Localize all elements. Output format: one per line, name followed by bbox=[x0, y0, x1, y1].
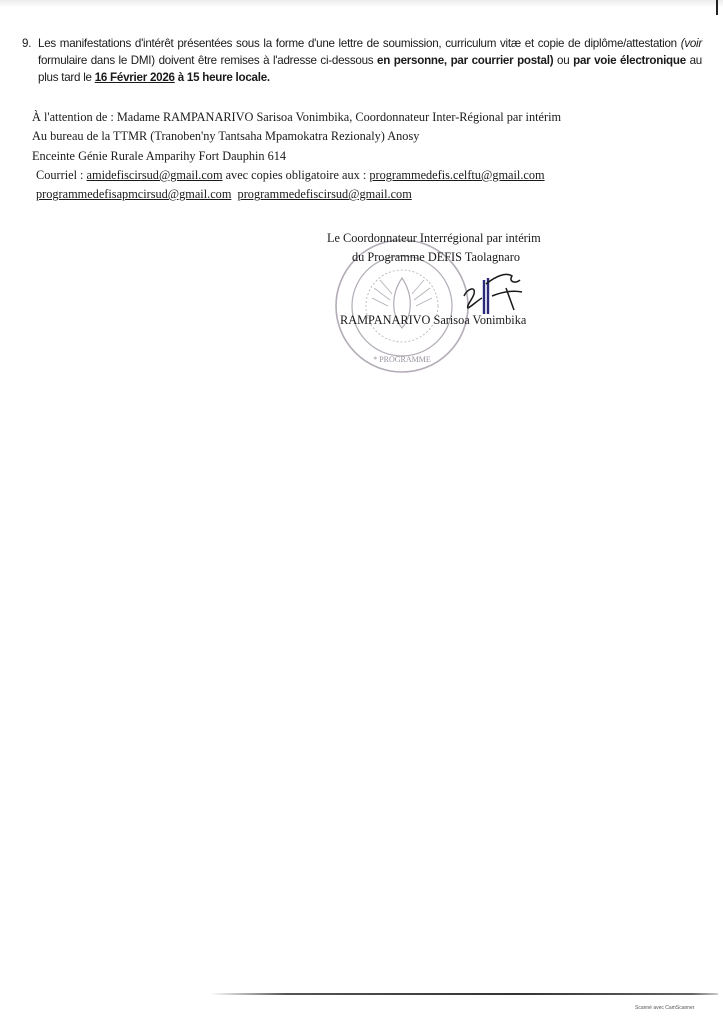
address-block: À l'attention de : Madame RAMPANARIVO Sa… bbox=[32, 108, 561, 204]
delivery-mode-bold: en personne, par courrier postal) bbox=[377, 54, 553, 67]
email-copy2-link[interactable]: programmedefisapmcirsud@gmail.com bbox=[36, 187, 231, 201]
scanner-watermark: Scanné avec CamScanner bbox=[635, 1005, 694, 1011]
electronic-mode-bold: par voie électronique bbox=[573, 54, 686, 67]
email-copy1-link[interactable]: programmedefis.celftu@gmail.com bbox=[369, 168, 544, 182]
item-9-paragraph: 9. Les manifestations d'intérêt présenté… bbox=[22, 35, 702, 86]
item-9-text: formulaire dans le DMI) doivent être rem… bbox=[38, 54, 377, 67]
email-copy3-link[interactable]: programmedefiscirsud@gmail.com bbox=[238, 187, 412, 201]
item-9-body: Les manifestations d'intérêt présentées … bbox=[38, 35, 702, 86]
email-copies-line: programmedefisapmcirsud@gmail.com progra… bbox=[32, 185, 561, 204]
item-number: 9. bbox=[22, 35, 31, 52]
signatory-title: Le Coordonnateur Interrégional par intér… bbox=[327, 231, 541, 246]
signatory-name: RAMPANARIVO Sarisoa Vonimbika bbox=[340, 313, 526, 328]
signatory-program: du Programme DEFIS Taolagnaro bbox=[352, 250, 520, 265]
email-label: Courriel : bbox=[36, 168, 87, 182]
email-line: Courriel : amidefiscirsud@gmail.com avec… bbox=[32, 166, 561, 185]
location-line: Enceinte Génie Rurale Amparihy Fort Daup… bbox=[32, 147, 561, 166]
item-9-italic: (voir bbox=[681, 37, 702, 50]
scan-bottom-edge bbox=[210, 993, 718, 995]
svg-text:* PROGRAMME: * PROGRAMME bbox=[373, 355, 431, 364]
scan-edge-mark bbox=[716, 0, 718, 15]
item-9-text: ou bbox=[553, 54, 573, 67]
item-9-text: Les manifestations d'intérêt présentées … bbox=[38, 37, 681, 50]
deadline-date: 16 Février 2026 bbox=[95, 71, 175, 84]
attention-line: À l'attention de : Madame RAMPANARIVO Sa… bbox=[32, 108, 561, 127]
office-line: Au bureau de la TTMR (Tranoben'ny Tantsa… bbox=[32, 127, 561, 146]
signature-block: * PROGRAMME Le Coordonnateur Interrégion… bbox=[310, 230, 570, 380]
copies-label: avec copies obligatoire aux : bbox=[223, 168, 370, 182]
email-primary-link[interactable]: amidefiscirsud@gmail.com bbox=[87, 168, 223, 182]
scan-top-shadow bbox=[0, 0, 723, 8]
deadline-time: à 15 heure locale. bbox=[175, 71, 270, 84]
